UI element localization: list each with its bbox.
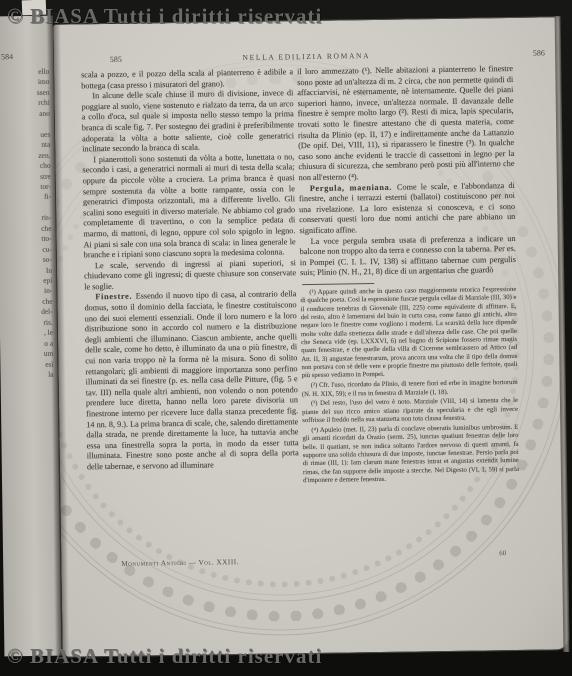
footnote: (⁴) Apuleio (met. II, 23) parla di concl… — [302, 424, 519, 486]
paragraph: La voce pergula sembra usata di preferen… — [300, 233, 517, 279]
text-fragment: tor- — [0, 182, 51, 193]
text-fragment: che — [0, 297, 53, 308]
book-page: 585 NELLA EDILIZIA ROMANA 586 scala a po… — [53, 17, 568, 656]
text-fragment: ssen — [0, 88, 50, 99]
paragraph: Pergula, maeniana. Come le scale, e l'ab… — [299, 180, 516, 236]
text-fragment: cu- — [0, 244, 52, 255]
text-fragment: nta — [0, 140, 50, 151]
text-fragment: imo — [0, 77, 50, 88]
copyright-watermark-bottom: © BIASA Tutti i diritti riservati — [7, 644, 322, 669]
text-fragment: , le — [0, 328, 53, 339]
text-fragment: ris. — [0, 318, 53, 329]
text-fragment: fi- — [0, 192, 51, 203]
text-fragment: um — [0, 349, 53, 360]
text-fragment: ello — [0, 67, 49, 78]
scanned-book-page-viewer: { "watermark": { "top": "© BIASA Tutti i… — [0, 0, 572, 676]
text-fragment: ues — [0, 129, 50, 140]
footnote: (²) Cfr. l'uso, ricordato da Plinio, di … — [302, 379, 518, 399]
text-fragment: ris- — [0, 213, 51, 224]
text-fragment: che — [0, 223, 52, 234]
footnotes: (¹) Appare quindi anche in questo caso m… — [300, 286, 519, 486]
footnote: (³) Del resto, l'uso del vetro è noto. M… — [302, 397, 518, 425]
text-fragment — [0, 203, 51, 214]
text-fragment: stre — [0, 171, 51, 182]
text-fragment: cho — [0, 161, 51, 172]
text-fragment — [0, 119, 50, 130]
paragraph: Finestre. Essendo il nuovo tipo di casa,… — [84, 290, 299, 473]
paragraph: il loro ammezzato (¹). Nelle abitazioni … — [297, 64, 515, 184]
paragraph: Le scale, servendo di ingressi ai piani … — [84, 258, 296, 293]
text-fragment: In — [0, 265, 52, 276]
text-fragment: epi — [0, 276, 52, 287]
text-fragment: o a — [0, 338, 53, 349]
text-fragment: esì — [0, 359, 53, 370]
page-number-right: 586 — [533, 49, 545, 58]
text-fragment: so- — [0, 255, 52, 266]
text-fragment: tto- — [0, 234, 52, 245]
text-fragment: zen. — [0, 150, 51, 161]
paragraph: I pianerottoli sono sostenuti da vòlta a… — [82, 152, 296, 261]
right-column-paragraphs: il loro ammezzato (¹). Nelle abitazioni … — [297, 64, 516, 279]
text-fragment: la — [0, 370, 53, 381]
footnote: (¹) Appare quindi anche in questo caso m… — [300, 286, 517, 381]
text-fragment: ano — [0, 108, 50, 119]
paragraph: In alcune delle scale chiuse il muro di … — [81, 88, 294, 155]
text-fragment: del- — [0, 307, 53, 318]
text-fragment: in- — [0, 286, 52, 297]
text-fragment: rchi — [0, 98, 50, 109]
footnote-separator-rule — [302, 283, 374, 285]
sheet-signature-number: 60 — [499, 549, 506, 557]
copyright-watermark-top: © BIASA Tutti i diritti riservati — [7, 4, 322, 29]
left-text-column: scala a pozzo, e il pozzo della scala al… — [81, 67, 299, 473]
right-text-column: il loro ammezzato (¹). Nelle abitazioni … — [297, 64, 519, 487]
